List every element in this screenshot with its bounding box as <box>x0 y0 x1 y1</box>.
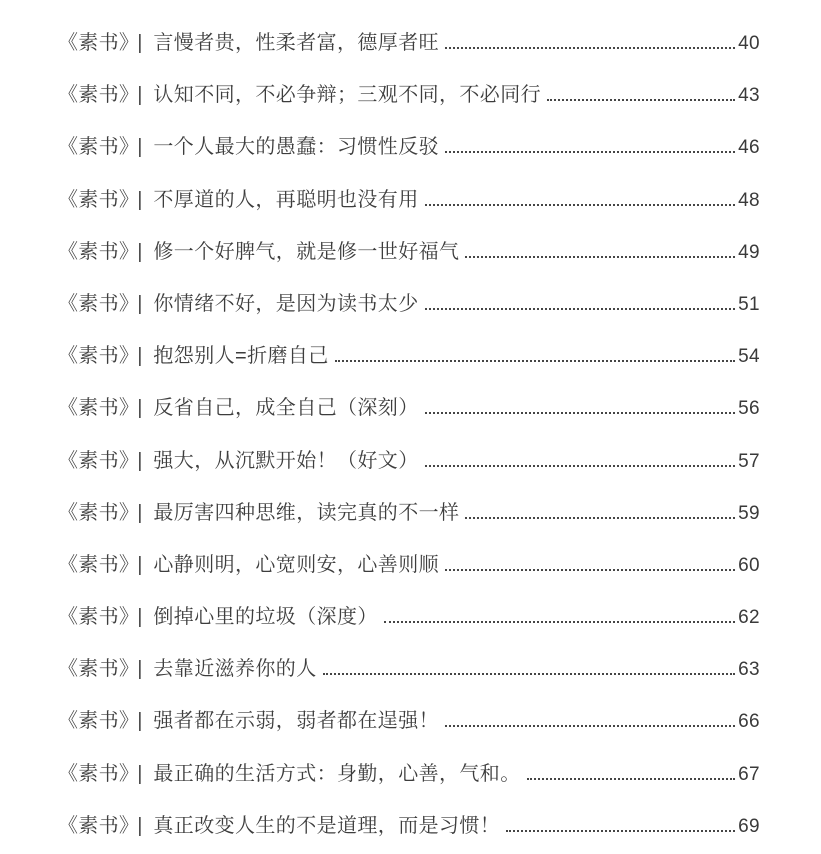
page-number: 62 <box>738 592 760 644</box>
separator-bar: | <box>137 695 142 747</box>
page-number: 57 <box>738 436 760 488</box>
toc-entry-title: 强大，从沉默开始！（好文） <box>153 435 418 487</box>
toc-entry[interactable]: 《素书》 | 一个人最大的愚蠢：习惯性反驳 46 <box>58 121 760 173</box>
separator-bar: | <box>137 174 142 226</box>
toc-entry-title: 真正改变人生的不是道理，而是习惯！ <box>153 800 500 852</box>
toc-entry[interactable]: 《素书》 | 倒掉心里的垃圾（深度） 62 <box>58 591 760 643</box>
book-title-label: 《素书》 <box>58 226 139 278</box>
dot-leader <box>425 308 735 310</box>
toc-entry-title: 言慢者贵，性柔者富，德厚者旺 <box>153 17 439 69</box>
toc-entry[interactable]: 《素书》 | 真正改变人生的不是道理，而是习惯！ 69 <box>58 800 760 852</box>
toc-entry[interactable]: 《素书》 | 心静则明，心宽则安，心善则顺 60 <box>58 539 760 591</box>
page-number: 67 <box>738 749 760 801</box>
book-title-label: 《素书》 <box>58 487 139 539</box>
dot-leader <box>445 569 735 571</box>
dot-leader <box>445 47 735 49</box>
book-title-label: 《素书》 <box>58 382 139 434</box>
toc-entry[interactable]: 《素书》 | 强者都在示弱，弱者都在逞强！ 66 <box>58 695 760 747</box>
toc-entry[interactable]: 《素书》 | 去靠近滋养你的人 63 <box>58 643 760 695</box>
toc-entry[interactable]: 《素书》 | 修一个好脾气，就是修一世好福气 49 <box>58 226 760 278</box>
separator-bar: | <box>137 17 142 69</box>
toc-entry-title: 抱怨别人=折磨自己 <box>153 330 328 382</box>
dot-leader <box>425 204 735 206</box>
toc-entry-title: 倒掉心里的垃圾（深度） <box>153 591 377 643</box>
book-title-label: 《素书》 <box>58 695 139 747</box>
dot-leader <box>425 412 735 414</box>
toc-entry-title: 心静则明，心宽则安，心善则顺 <box>153 539 439 591</box>
page-number: 59 <box>738 488 760 540</box>
page-number: 60 <box>738 540 760 592</box>
toc-entry-title: 最厉害四种思维，读完真的不一样 <box>153 487 459 539</box>
dot-leader <box>527 778 735 780</box>
toc-entry-title: 你情绪不好，是因为读书太少 <box>153 278 418 330</box>
dot-leader <box>335 360 735 362</box>
book-title-label: 《素书》 <box>58 435 139 487</box>
toc-entry-title: 认知不同，不必争辩；三观不同，不必同行 <box>153 69 541 121</box>
dot-leader <box>465 256 735 258</box>
toc-entry[interactable]: 《素书》 | 认知不同，不必争辩；三观不同，不必同行 43 <box>58 69 760 121</box>
book-title-label: 《素书》 <box>58 121 139 173</box>
toc-entry-title: 反省自己，成全自己（深刻） <box>153 382 418 434</box>
toc-entry-title: 修一个好脾气，就是修一世好福气 <box>153 226 459 278</box>
separator-bar: | <box>137 121 142 173</box>
dot-leader <box>465 517 735 519</box>
page-number: 49 <box>738 227 760 279</box>
separator-bar: | <box>137 382 142 434</box>
book-title-label: 《素书》 <box>58 278 139 330</box>
toc-entry[interactable]: 《素书》 | 抱怨别人=折磨自己 54 <box>58 330 760 382</box>
toc-entry-title: 去靠近滋养你的人 <box>153 643 316 695</box>
separator-bar: | <box>137 643 142 695</box>
separator-bar: | <box>137 330 142 382</box>
toc-entry-title: 不厚道的人，再聪明也没有用 <box>153 174 418 226</box>
toc-entry[interactable]: 《素书》 | 言慢者贵，性柔者富，德厚者旺 40 <box>58 17 760 69</box>
book-title-label: 《素书》 <box>58 748 139 800</box>
dot-leader <box>425 465 735 467</box>
dot-leader <box>323 673 735 675</box>
book-title-label: 《素书》 <box>58 17 139 69</box>
toc-entry-title: 一个人最大的愚蠢：习惯性反驳 <box>153 121 439 173</box>
dot-leader <box>547 99 735 101</box>
page-number: 69 <box>738 801 760 853</box>
dot-leader <box>445 151 735 153</box>
separator-bar: | <box>137 69 142 121</box>
toc-entry-title: 强者都在示弱，弱者都在逞强！ <box>153 695 439 747</box>
separator-bar: | <box>137 800 142 852</box>
book-title-label: 《素书》 <box>58 69 139 121</box>
page-number: 48 <box>738 175 760 227</box>
page-number: 43 <box>738 70 760 122</box>
book-title-label: 《素书》 <box>58 539 139 591</box>
toc-entry[interactable]: 《素书》 | 你情绪不好，是因为读书太少 51 <box>58 278 760 330</box>
toc-entry[interactable]: 《素书》 | 最正确的生活方式：身勤，心善，气和。 67 <box>58 748 760 800</box>
separator-bar: | <box>137 278 142 330</box>
dot-leader <box>384 621 735 623</box>
dot-leader <box>506 830 735 832</box>
page-number: 56 <box>738 383 760 435</box>
separator-bar: | <box>137 539 142 591</box>
page-number: 46 <box>738 122 760 174</box>
separator-bar: | <box>137 748 142 800</box>
book-title-label: 《素书》 <box>58 591 139 643</box>
book-title-label: 《素书》 <box>58 800 139 852</box>
book-title-label: 《素书》 <box>58 174 139 226</box>
separator-bar: | <box>137 591 142 643</box>
page-number: 63 <box>738 644 760 696</box>
separator-bar: | <box>137 487 142 539</box>
separator-bar: | <box>137 226 142 278</box>
page-number: 40 <box>738 18 760 70</box>
book-title-label: 《素书》 <box>58 330 139 382</box>
dot-leader <box>445 725 735 727</box>
book-title-label: 《素书》 <box>58 643 139 695</box>
toc-entry[interactable]: 《素书》 | 不厚道的人，再聪明也没有用 48 <box>58 174 760 226</box>
toc-entry[interactable]: 《素书》 | 强大，从沉默开始！（好文） 57 <box>58 435 760 487</box>
page-number: 51 <box>738 279 760 331</box>
page-number: 54 <box>738 331 760 383</box>
toc-entry[interactable]: 《素书》 | 最厉害四种思维，读完真的不一样 59 <box>58 487 760 539</box>
separator-bar: | <box>137 435 142 487</box>
toc-entry[interactable]: 《素书》 | 反省自己，成全自己（深刻） 56 <box>58 382 760 434</box>
toc-entry-title: 最正确的生活方式：身勤，心善，气和。 <box>153 748 520 800</box>
document-page: 《素书》 | 言慢者贵，性柔者富，德厚者旺 40 《素书》 | 认知不同，不必争… <box>0 0 821 854</box>
page-number: 66 <box>738 696 760 748</box>
